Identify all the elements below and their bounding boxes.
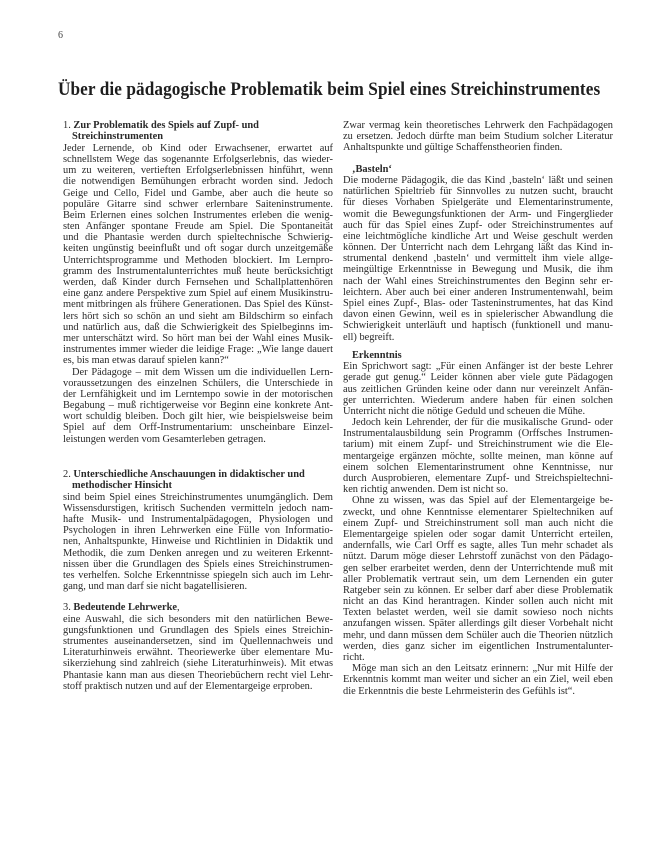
text-line: Elementargeige spielen oder sogar damit … xyxy=(343,529,613,540)
section-heading: 1. Zur Problematik des Spiels auf Zupf- … xyxy=(63,120,333,131)
left-column: 1. Zur Problematik des Spiels auf Zupf- … xyxy=(63,120,333,692)
text-line: Texten belastet werden, weil sie damit s… xyxy=(343,607,613,618)
text-line: gramm des Instrumentalunterrichtes muß h… xyxy=(63,266,333,277)
text-line: Die moderne Pädagogik, die das Kind ‚bas… xyxy=(343,175,613,186)
section-heading: 2. Unterschiedliche Anschauungen in dida… xyxy=(63,469,333,480)
text-line: gen selber erarbeitet werden, denn der U… xyxy=(343,563,613,574)
text-line: stoff praktisch nutzen und auf der Eleme… xyxy=(63,681,333,692)
text-line: einem solchen Elementarinstrument ohne K… xyxy=(343,462,613,473)
text-line: voraussetzungen des einzelnen Schülers, … xyxy=(63,378,333,389)
text-line: Unterrichtsprogramme und Methoden blocki… xyxy=(63,255,333,266)
text-line: womit die Bewegungsfunktionen der Arm- u… xyxy=(343,209,613,220)
text-line: auch für das Spiel eines Zupf- oder Stre… xyxy=(343,220,613,231)
text-line: Anhaltspunkte und gültige Schaffenstheor… xyxy=(343,142,613,153)
section-number: 1. xyxy=(63,120,71,131)
text-line: Unterricht nicht die nötige Geduld und s… xyxy=(343,406,613,417)
text-line: Phantasie kann man aus diesen Theoriebüc… xyxy=(63,670,333,681)
text-line: gungsfunktionen und Grundlagen des Spiel… xyxy=(63,625,333,636)
text-line: Ratgeber sein zu können. Er selber darf … xyxy=(343,585,613,596)
text-line: der Lernfähigkeit und im Lerntempo sowie… xyxy=(63,389,333,400)
paragraph: eine Auswahl, die sich besonders mit den… xyxy=(63,614,333,692)
text-line: Spiel auf dem Orff-Instrumentarium: unsc… xyxy=(63,422,333,433)
paragraph: Jeder Lernende, ob Kind oder Erwachsener… xyxy=(63,143,333,367)
text-line: Schwierigkeit unterläuft und haptisch (f… xyxy=(343,320,613,331)
text-line: mer unterschätzt wird. So hört man bei d… xyxy=(63,333,333,344)
text-line: eine Auswahl, die sich besonders mit den… xyxy=(63,614,333,625)
text-line: aus zeitlichen Gründen keine oder dann n… xyxy=(343,384,613,395)
text-line: schnellstem Wege das sogenannte Erfolgse… xyxy=(63,154,333,165)
text-line: Beim Erlernen eines solchen Instrumentes… xyxy=(63,210,333,221)
text-line: natürlichen Spieltrieb für Sinnvolles zu… xyxy=(343,186,613,197)
text-line: nützt. Darum möge dieser Lehrstoff zunäc… xyxy=(343,551,613,562)
text-line: durch Ausprobieren, elementare Zupf- und… xyxy=(343,473,613,484)
section-heading-cont: methodischer Hinsicht xyxy=(63,480,333,491)
text-line: Der Pädagoge – mit dem Wissen um die ind… xyxy=(63,367,333,378)
text-line: Jedoch kein Lehrender, der für die musik… xyxy=(343,417,613,428)
text-line: die Erkenntnis die beste Lehrmeisterin d… xyxy=(343,686,613,697)
text-line: Geige und Cello, Fidel und Gambe, aber a… xyxy=(63,188,333,199)
text-line: werden, dies ganz sicher im eigentlichen… xyxy=(343,641,613,652)
page-number: 6 xyxy=(58,30,63,41)
subheading-erkenntnis: Erkenntnis xyxy=(343,350,613,361)
text-line: ken richtig anwenden. Dem ist nicht so. xyxy=(343,484,613,495)
text-line: sten Anfänger spontane Freude am Spiel. … xyxy=(63,221,333,232)
text-line: meingültige Erkenntnisse in Bewegung und… xyxy=(343,264,613,275)
text-line: die notwendigen Bemühungen erbracht word… xyxy=(63,176,333,187)
text-line: Literaturhinweis erwähnt. Theoriewerke ü… xyxy=(63,647,333,658)
text-line: leistungen werden vom Gesamterleben getr… xyxy=(63,434,333,445)
text-line: Zwar vermag kein theoretisches Lehrwerk … xyxy=(343,120,613,131)
text-line: Begabung – muß richtigerweise vor Beginn… xyxy=(63,400,333,411)
text-line: leichtern. Aber auch bei einer anderen I… xyxy=(343,287,613,298)
text-line: nissen über die Grundlagen des Spiels ei… xyxy=(63,559,333,570)
text-line: ment mitbringen als frühere Generationen… xyxy=(63,299,333,310)
text-line: mentargeige ergänzen möchte, sollte mein… xyxy=(343,451,613,462)
text-line: nen, Anhaltspunkte, Hinweise und Richtli… xyxy=(63,536,333,547)
text-line: sind beim Spiel eines Streichinstrumente… xyxy=(63,492,333,503)
text-line: Wissensdurstigen, kritisch Suchenden ver… xyxy=(63,503,333,514)
paragraph: Ein Sprichwort sagt: „Für einen Anfänger… xyxy=(343,361,613,417)
text-line: Ohne zu wissen, was das Spiel auf der El… xyxy=(343,495,613,506)
text-line: und natürlich aus, daß die Schwierigkeit… xyxy=(63,322,333,333)
text-line: Möge man sich an den Leitsatz erinnern: … xyxy=(343,663,613,674)
text-line: zu ersetzen. Jedoch dürfte man beim Stud… xyxy=(343,131,613,142)
paragraph: Möge man sich an den Leitsatz erinnern: … xyxy=(343,663,613,697)
text-line: strumentes auseinandersetzen, sind im Qu… xyxy=(63,636,333,647)
text-line: andernfalls, wie Carl Orff es sagte, all… xyxy=(343,540,613,551)
text-line: anzufangen wissen. Später allerdings gil… xyxy=(343,618,613,629)
paragraph: Der Pädagoge – mit dem Wissen um die ind… xyxy=(63,367,333,445)
section-number: 2. xyxy=(63,469,71,480)
text-line: werden, daß Kinder durch Fernsehen und S… xyxy=(63,277,333,288)
text-line: eine ganz andere Perspektive zum Spiel a… xyxy=(63,288,333,299)
text-line: Ein Sprichwort sagt: „Für einen Anfänger… xyxy=(343,361,613,372)
text-line: zweckt, und ohne Kenntnisse elementarer … xyxy=(343,507,613,518)
text-line: es, bis man etwas darauf spielen kann?“ xyxy=(63,355,333,366)
text-line: instrumentes immer wieder die leidige Fr… xyxy=(63,344,333,355)
section-1: 1. Zur Problematik des Spiels auf Zupf- … xyxy=(63,120,333,445)
section-3: 3. Bedeutende Lehrwerke, eine Auswahl, d… xyxy=(63,602,333,692)
text-line: um zu weiteren, vertieften Erfolgserlebn… xyxy=(63,165,333,176)
paragraph: Jedoch kein Lehrender, der für die musik… xyxy=(343,417,613,495)
text-line: tarium) mit einem Zupf- und Streichinstr… xyxy=(343,439,613,450)
text-line: mehr, und dann müssen dem Schüler auch d… xyxy=(343,630,613,641)
text-line: einem Zupf- und Streichinstrument soll m… xyxy=(343,518,613,529)
section-heading-cont: Streichinstrumenten xyxy=(63,131,333,142)
text-line: Spiel eines Zupf-, Blas- oder Tasteninst… xyxy=(343,298,613,309)
text-line: davon einen Gewinn, weil es in spieleris… xyxy=(343,309,613,320)
text-line: populäre Gitarre sind schwer erlernbare … xyxy=(63,199,333,210)
text-line: können. Der Unterricht nach dem Lehrgang… xyxy=(343,242,613,253)
text-line: hafte Musik- und Instrumentalpädagogen, … xyxy=(63,514,333,525)
right-column: Zwar vermag kein theoretisches Lehrwerk … xyxy=(343,120,613,697)
text-line: aller Problematik vertraut sein, um dem … xyxy=(343,574,613,585)
text-line: gerade gut genug.“ Leider können aber vi… xyxy=(343,372,613,383)
paragraph: Ohne zu wissen, was das Spiel auf der El… xyxy=(343,495,613,663)
section-heading: 3. Bedeutende Lehrwerke, xyxy=(63,602,333,613)
heading-suffix: , xyxy=(177,602,180,613)
subheading-basteln: ‚Basteln‘ xyxy=(343,164,613,175)
text-line: und die Phantasie werden durch spieltech… xyxy=(63,232,333,243)
text-line: tes verhelfen. Solche Erkenntnisse spieg… xyxy=(63,570,333,581)
text-line: eine leichtmögliche kindliche Art und We… xyxy=(343,231,613,242)
text-line: Erkenntnis kommt man weiter und sicher a… xyxy=(343,674,613,685)
text-line: Methodik, die zum Denken anregen und zu … xyxy=(63,548,333,559)
text-line: lers hört sich so schön an und sieht am … xyxy=(63,311,333,322)
section-heading-text: Bedeutende Lehrwerke xyxy=(73,602,177,613)
page-title: Über die pädagogische Problematik beim S… xyxy=(58,80,579,101)
text-line: Psychologen in ihren Lehrwerken eine Fül… xyxy=(63,525,333,536)
text-line: nicht an das Kind herantragen. Kinder so… xyxy=(343,596,613,607)
text-line: ger unterrichten. Wiederum andere haben … xyxy=(343,395,613,406)
text-line: für dieses Vorhaben Spielgeräte und Elem… xyxy=(343,197,613,208)
text-line: Jeder Lernende, ob Kind oder Erwachsener… xyxy=(63,143,333,154)
paragraph: sind beim Spiel eines Streichinstrumente… xyxy=(63,492,333,593)
section-heading-text: Zur Problematik des Spiels auf Zupf- und xyxy=(73,120,259,131)
text-line: richt. xyxy=(343,652,613,663)
text-line: nach der Wahl eines Streichinstrumentes … xyxy=(343,276,613,287)
text-line: strumental denkend ‚basteln‘ und vermitt… xyxy=(343,253,613,264)
section-2: 2. Unterschiedliche Anschauungen in dida… xyxy=(63,469,333,592)
text-line: wort schuldig bleiben. Doch gilt hier, w… xyxy=(63,411,333,422)
section-number: 3. xyxy=(63,602,71,613)
text-line: gang, und man darf sie nicht bagatellisi… xyxy=(63,581,333,592)
text-line: Instrumentalausbildung sein Programm (Or… xyxy=(343,428,613,439)
section-heading-text: Unterschiedliche Anschauungen in didakti… xyxy=(73,469,304,480)
text-line: sikerziehung sind zahlreich (siehe Liter… xyxy=(63,658,333,669)
paragraph: Die moderne Pädagogik, die das Kind ‚bas… xyxy=(343,175,613,343)
paragraph: Zwar vermag kein theoretisches Lehrwerk … xyxy=(343,120,613,154)
text-line: keiten ungünstig beeinflußt und oft soga… xyxy=(63,243,333,254)
text-line: ell) begreift. xyxy=(343,332,613,343)
